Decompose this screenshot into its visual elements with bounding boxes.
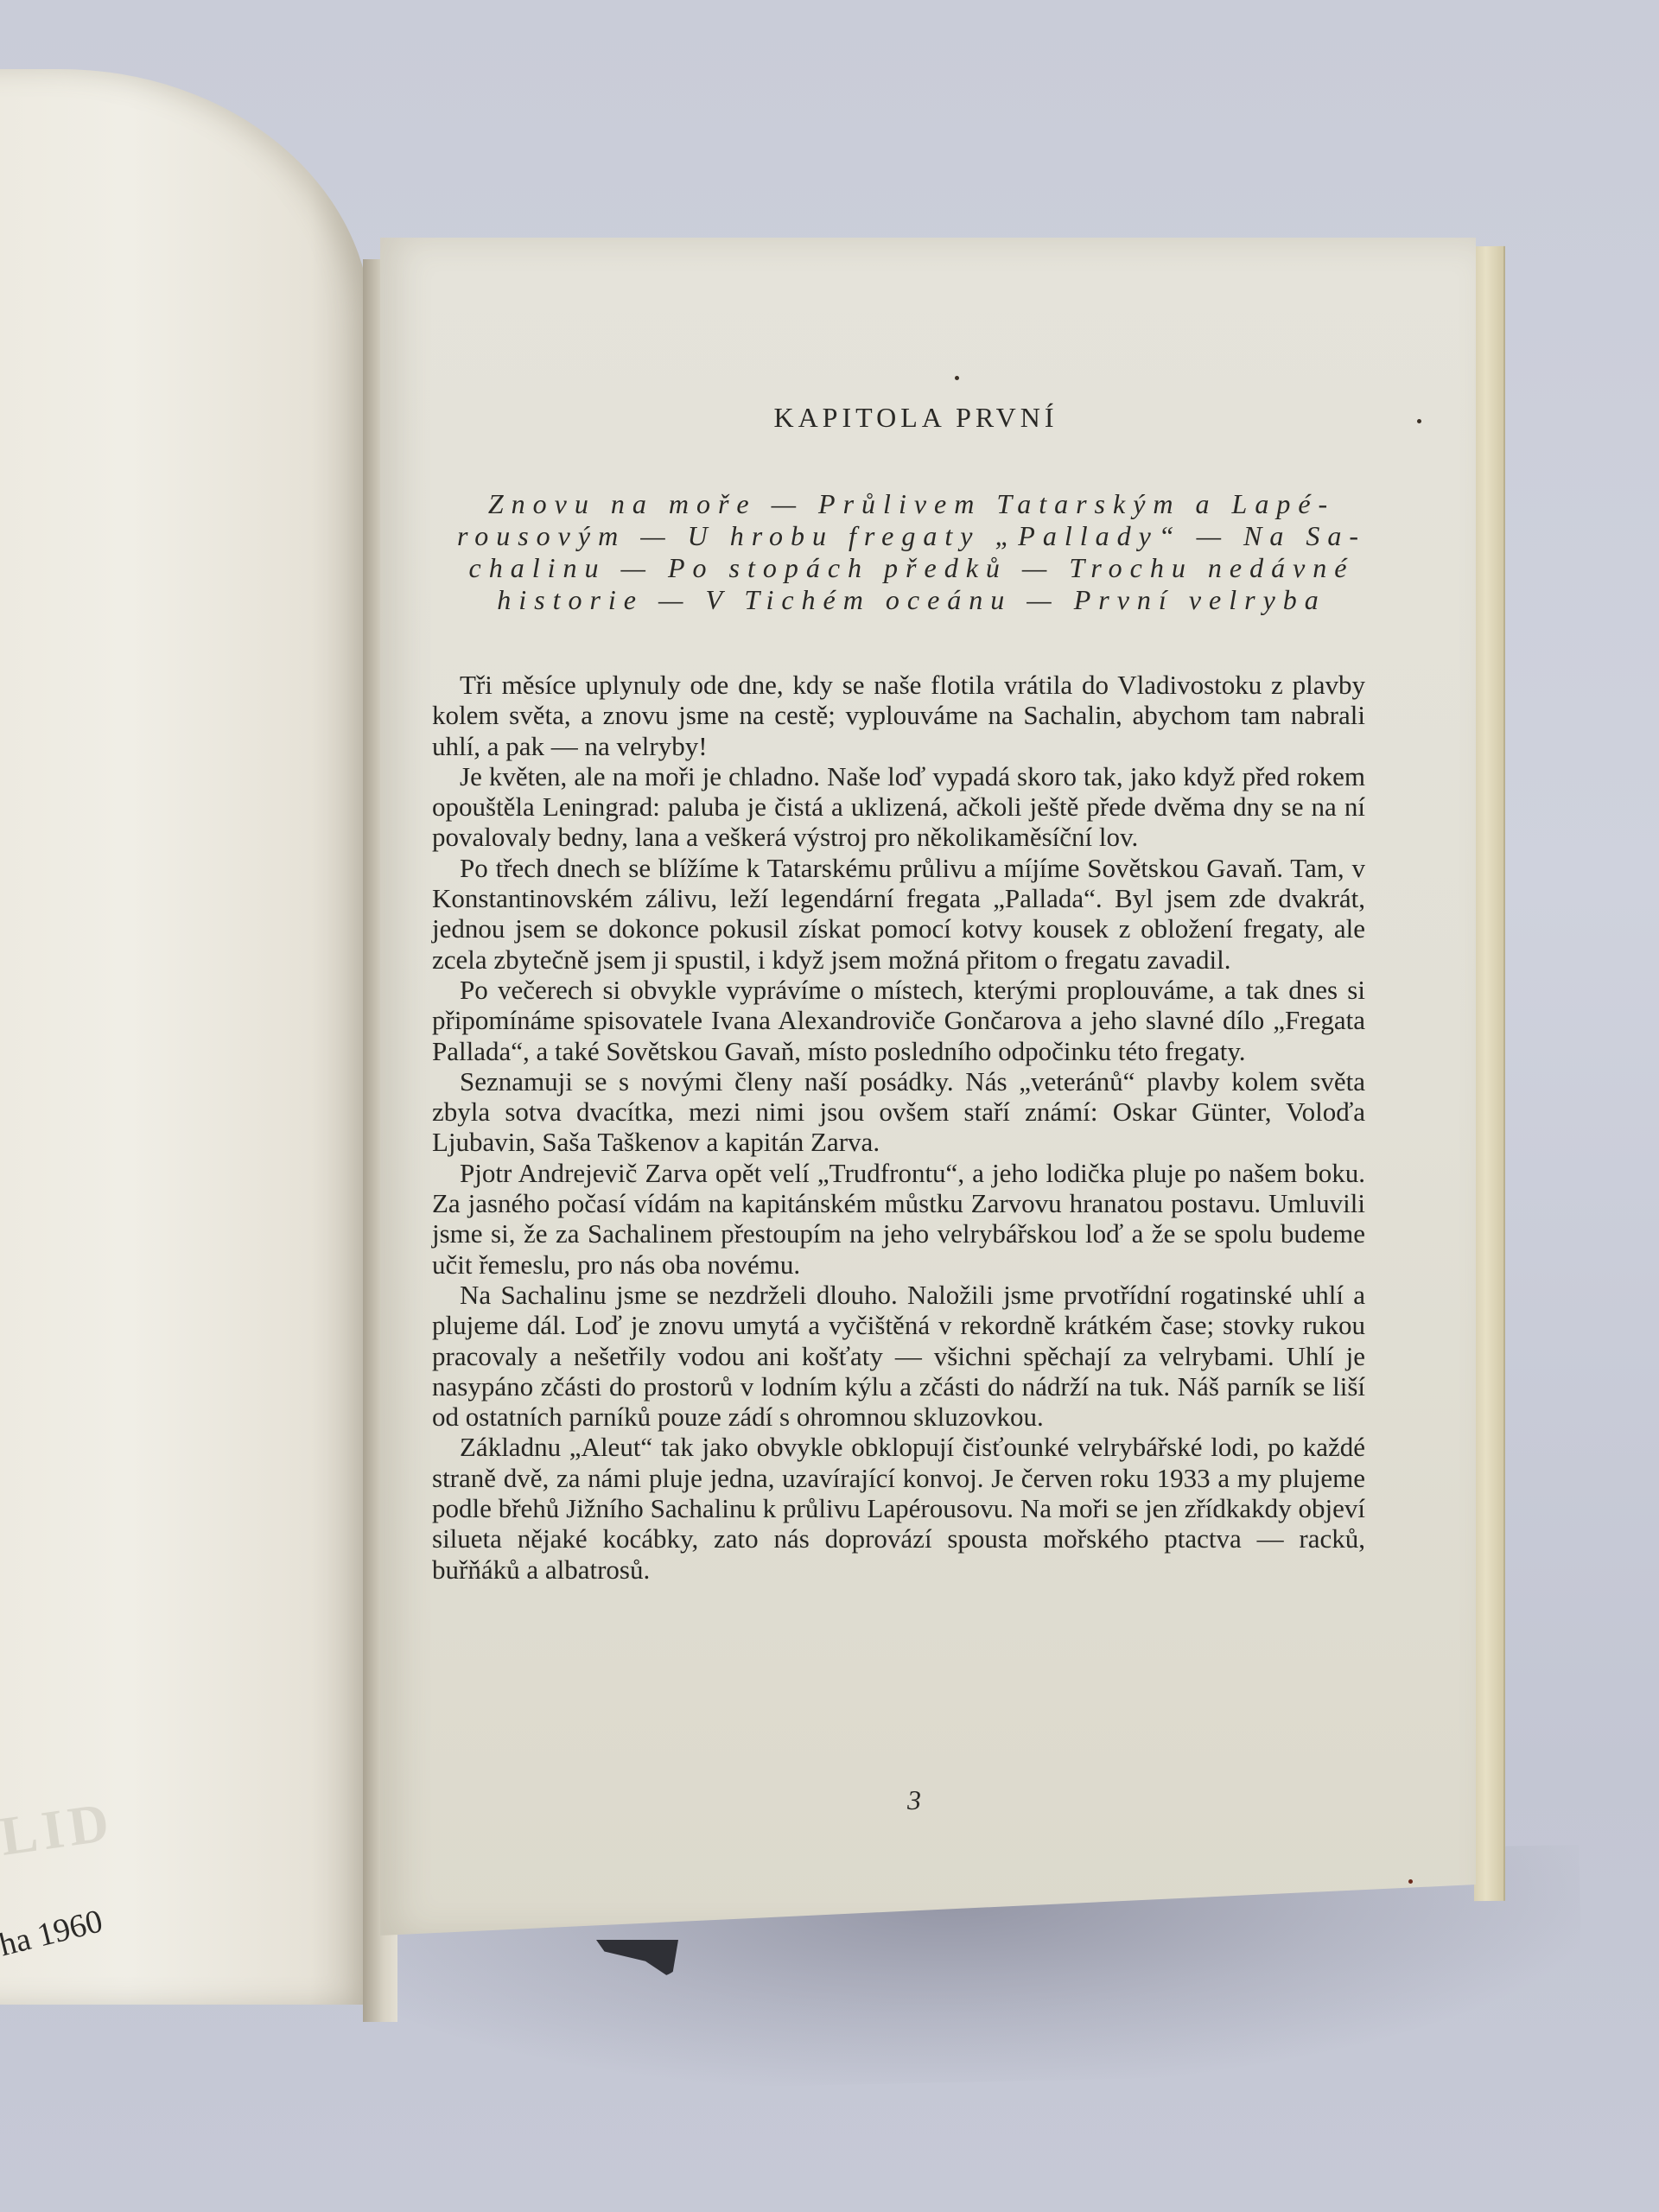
paragraph: Pjotr Andrejevič Zarva opět velí „Trudfr… <box>432 1158 1365 1280</box>
left-page: LID ha 1960 <box>0 69 372 2005</box>
paper-speck <box>955 376 959 380</box>
chapter-body: Tři měsíce uplynuly ode dne, kdy se naše… <box>432 670 1365 1585</box>
paper-speck <box>1408 1879 1413 1884</box>
paragraph: Seznamuji se s novými členy naší posádky… <box>432 1066 1365 1158</box>
paragraph: Na Sachalinu jsme se nezdrželi dlouho. N… <box>432 1280 1365 1432</box>
show-through-text: LID <box>0 1789 118 1869</box>
page-number: 3 <box>907 1784 921 1816</box>
paragraph: Je květen, ale na moři je chladno. Naše … <box>432 761 1365 853</box>
paper-speck <box>1417 419 1421 423</box>
paragraph: Tři měsíce uplynuly ode dne, kdy se naše… <box>432 670 1365 761</box>
paragraph: Po třech dnech se blížíme k Tatarskému p… <box>432 853 1365 975</box>
paragraph: Základnu „Aleut“ tak jako obvykle obklop… <box>432 1432 1365 1584</box>
imprint-year: ha 1960 <box>0 1902 106 1964</box>
summary-line: historie — V Tichém oceánu — První velry… <box>432 584 1391 616</box>
chapter-summary: Znovu na moře — Průlivem Tatarským a Lap… <box>432 488 1391 616</box>
summary-line: rousovým — U hrobu fregaty „Pallady“ — N… <box>432 520 1391 552</box>
summary-line: chalinu — Po stopách předků — Trochu ned… <box>432 552 1391 584</box>
summary-line: Znovu na moře — Průlivem Tatarským a Lap… <box>432 488 1391 520</box>
right-page: KAPITOLA PRVNÍ Znovu na moře — Průlivem … <box>380 238 1476 1935</box>
paragraph: Po večerech si obvykle vyprávíme o míste… <box>432 975 1365 1066</box>
book-cover-edge <box>1474 246 1505 1901</box>
chapter-title: KAPITOLA PRVNÍ <box>657 402 1175 434</box>
